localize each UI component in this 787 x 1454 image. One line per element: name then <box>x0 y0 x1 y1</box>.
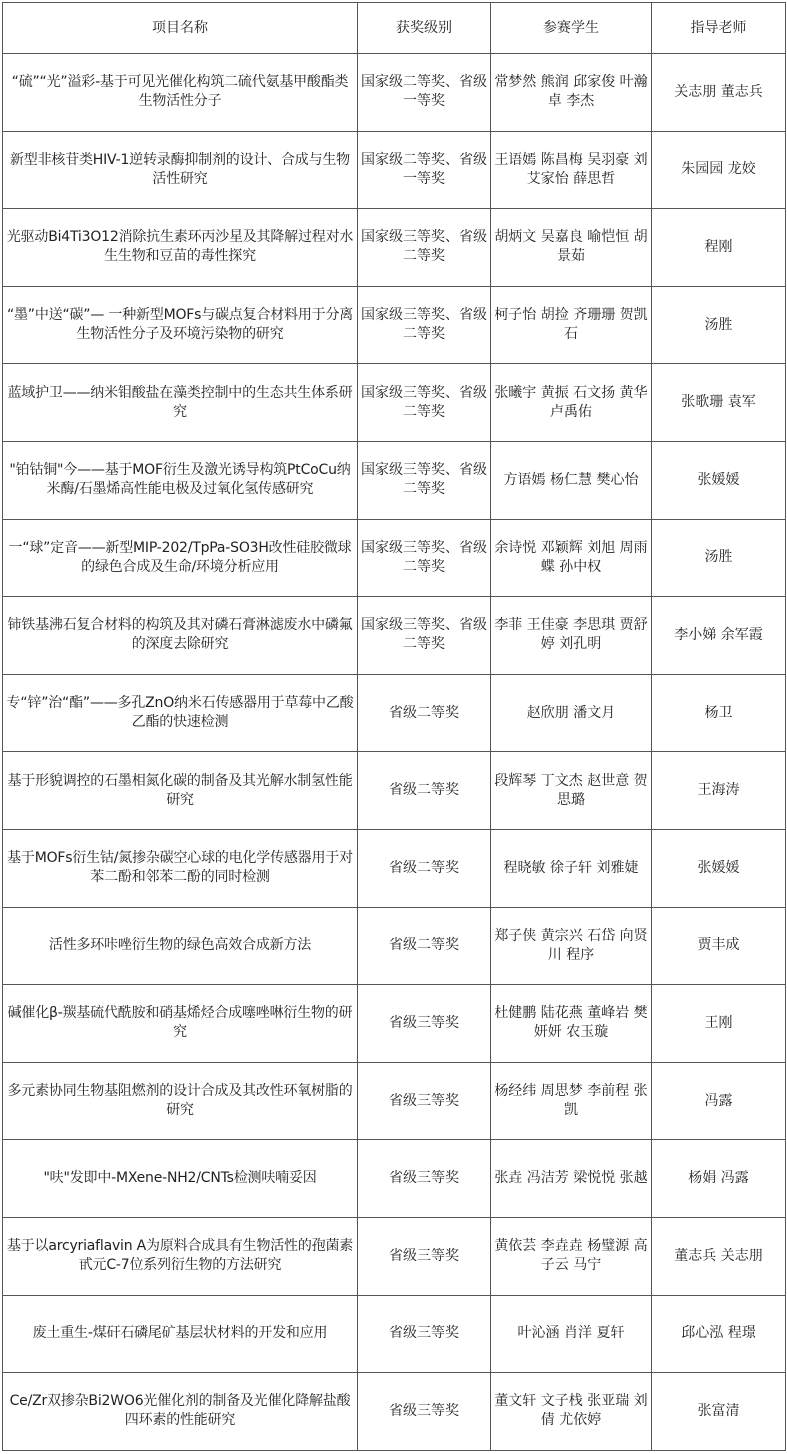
table-row: 基于形貌调控的石墨相氮化碳的制备及其光解水制氢性能研究 省级二等奖 段辉琴 丁文… <box>3 752 786 830</box>
award-level-cell: 省级三等奖 <box>358 1295 491 1373</box>
award-level-cell: 省级三等奖 <box>358 1140 491 1218</box>
project-name-cell: 新型非核苷类HIV-1逆转录酶抑制剂的设计、合成与生物活性研究 <box>3 131 358 209</box>
teachers-cell: 张富清 <box>652 1373 786 1451</box>
teachers-cell: 张歌珊 袁军 <box>652 364 786 442</box>
project-name-cell: 蓝域护卫——纳米钼酸盐在藻类控制中的生态共生体系研究 <box>3 364 358 442</box>
students-cell: 赵欣朋 潘文月 <box>491 674 652 752</box>
table-row: 蓝域护卫——纳米钼酸盐在藻类控制中的生态共生体系研究 国家级三等奖、省级二等奖 … <box>3 364 786 442</box>
table-row: "呋"发即中-MXene-NH2/CNTs检测呋喃妥因 省级三等奖 张垚 冯洁芳… <box>3 1140 786 1218</box>
students-cell: 叶沁涵 肖洋 夏轩 <box>491 1295 652 1373</box>
table-row: 光驱动Bi4Ti3O12消除抗生素环丙沙星及其降解过程对水生生物和豆苗的毒性探究… <box>3 209 786 287</box>
table-row: 一“球”定音——新型MIP-202/TpPa-SO3H改性硅胶微球的绿色合成及生… <box>3 519 786 597</box>
teachers-cell: 王海涛 <box>652 752 786 830</box>
project-name-cell: 基于MOFs衍生钴/氮掺杂碳空心球的电化学传感器用于对苯二酚和邻苯二酚的同时检测 <box>3 829 358 907</box>
students-cell: 王语嫣 陈昌梅 吴羽豪 刘艾家怡 薛思哲 <box>491 131 652 209</box>
project-name-cell: 活性多环咔唑衍生物的绿色高效合成新方法 <box>3 907 358 985</box>
table-row: 专“锌”治“酯”——多孔ZnO纳米石传感器用于草莓中乙酸乙酯的快速检测 省级二等… <box>3 674 786 752</box>
table-row: 活性多环咔唑衍生物的绿色高效合成新方法 省级二等奖 郑子侠 黄宗兴 石岱 向贤川… <box>3 907 786 985</box>
header-row: 项目名称 获奖级别 参赛学生 指导老师 <box>3 3 786 54</box>
students-cell: 杨经纬 周思梦 李前程 张凯 <box>491 1062 652 1140</box>
teachers-cell: 朱园园 龙姣 <box>652 131 786 209</box>
award-level-cell: 国家级二等奖、省级一等奖 <box>358 131 491 209</box>
award-level-cell: 国家级二等奖、省级一等奖 <box>358 54 491 132</box>
teachers-cell: 汤胜 <box>652 286 786 364</box>
table-row: 废土重生-煤矸石磷尾矿基层状材料的开发和应用 省级三等奖 叶沁涵 肖洋 夏轩 邱… <box>3 1295 786 1373</box>
students-cell: 黄依芸 李垚垚 杨璧源 高子云 马宁 <box>491 1217 652 1295</box>
teachers-cell: 杨娟 冯露 <box>652 1140 786 1218</box>
project-name-cell: 基于以arcyriaflavin A为原料合成具有生物活性的孢菌素甙元C-7位系… <box>3 1217 358 1295</box>
table-row: “硫”“光”溢彩-基于可见光催化构筑二硫代氨基甲酸酯类生物活性分子 国家级二等奖… <box>3 54 786 132</box>
award-level-cell: 省级三等奖 <box>358 1373 491 1451</box>
award-level-cell: 省级二等奖 <box>358 752 491 830</box>
award-level-cell: 省级三等奖 <box>358 985 491 1063</box>
teachers-cell: 董志兵 关志朋 <box>652 1217 786 1295</box>
project-name-cell: 多元素协同生物基阻燃剂的设计合成及其改性环氧树脂的研究 <box>3 1062 358 1140</box>
table-row: “墨”中送“碳”— 一种新型MOFs与碳点复合材料用于分离生物活性分子及环境污染… <box>3 286 786 364</box>
students-cell: 常梦然 熊润 邱家俊 叶瀚卓 李杰 <box>491 54 652 132</box>
students-cell: 余诗悦 邓颖辉 刘旭 周雨蝶 孙中权 <box>491 519 652 597</box>
header-teachers: 指导老师 <box>652 3 786 54</box>
award-level-cell: 国家级三等奖、省级二等奖 <box>358 441 491 519</box>
teachers-cell: 汤胜 <box>652 519 786 597</box>
students-cell: 胡炳文 吴嘉良 喻恺恒 胡景茹 <box>491 209 652 287</box>
award-level-cell: 省级三等奖 <box>358 1062 491 1140</box>
teachers-cell: 冯露 <box>652 1062 786 1140</box>
students-cell: 李菲 王佳豪 李思琪 贾舒婷 刘孔明 <box>491 597 652 675</box>
table-row: 碱催化β-羰基硫代酰胺和硝基烯烃合成噻唑啉衍生物的研究 省级三等奖 杜健鹏 陆花… <box>3 985 786 1063</box>
students-cell: 柯子怡 胡捡 齐珊珊 贺凯石 <box>491 286 652 364</box>
teachers-cell: 程刚 <box>652 209 786 287</box>
table-row: 铈铁基沸石复合材料的构筑及其对磷石膏淋滤废水中磷氟的深度去除研究 国家级三等奖、… <box>3 597 786 675</box>
project-name-cell: 铈铁基沸石复合材料的构筑及其对磷石膏淋滤废水中磷氟的深度去除研究 <box>3 597 358 675</box>
award-level-cell: 国家级三等奖、省级二等奖 <box>358 364 491 442</box>
awards-table: 项目名称 获奖级别 参赛学生 指导老师 “硫”“光”溢彩-基于可见光催化构筑二硫… <box>2 2 786 1451</box>
award-level-cell: 省级二等奖 <box>358 829 491 907</box>
students-cell: 程晓敏 徐子轩 刘雅婕 <box>491 829 652 907</box>
award-level-cell: 国家级三等奖、省级二等奖 <box>358 519 491 597</box>
header-students: 参赛学生 <box>491 3 652 54</box>
teachers-cell: 邱心泓 程璟 <box>652 1295 786 1373</box>
teachers-cell: 李小娣 余军霞 <box>652 597 786 675</box>
table-row: 多元素协同生物基阻燃剂的设计合成及其改性环氧树脂的研究 省级三等奖 杨经纬 周思… <box>3 1062 786 1140</box>
header-project-name: 项目名称 <box>3 3 358 54</box>
students-cell: 董文轩 文子栈 张亚瑞 刘倩 尤依婷 <box>491 1373 652 1451</box>
teachers-cell: 杨卫 <box>652 674 786 752</box>
students-cell: 郑子侠 黄宗兴 石岱 向贤川 程序 <box>491 907 652 985</box>
table-row: 新型非核苷类HIV-1逆转录酶抑制剂的设计、合成与生物活性研究 国家级二等奖、省… <box>3 131 786 209</box>
students-cell: 张垚 冯洁芳 梁悦悦 张越 <box>491 1140 652 1218</box>
award-level-cell: 省级二等奖 <box>358 674 491 752</box>
award-level-cell: 省级三等奖 <box>358 1217 491 1295</box>
table-row: 基于以arcyriaflavin A为原料合成具有生物活性的孢菌素甙元C-7位系… <box>3 1217 786 1295</box>
header-award-level: 获奖级别 <box>358 3 491 54</box>
project-name-cell: 废土重生-煤矸石磷尾矿基层状材料的开发和应用 <box>3 1295 358 1373</box>
project-name-cell: 一“球”定音——新型MIP-202/TpPa-SO3H改性硅胶微球的绿色合成及生… <box>3 519 358 597</box>
teachers-cell: 贾丰成 <box>652 907 786 985</box>
project-name-cell: 基于形貌调控的石墨相氮化碳的制备及其光解水制氢性能研究 <box>3 752 358 830</box>
project-name-cell: Ce/Zr双掺杂Bi2WO6光催化剂的制备及光催化降解盐酸四环素的性能研究 <box>3 1373 358 1451</box>
award-level-cell: 省级二等奖 <box>358 907 491 985</box>
project-name-cell: "铂钴铜"今——基于MOF衍生及激光诱导构筑PtCoCu纳米酶/石墨烯高性能电极… <box>3 441 358 519</box>
project-name-cell: “墨”中送“碳”— 一种新型MOFs与碳点复合材料用于分离生物活性分子及环境污染… <box>3 286 358 364</box>
students-cell: 张曦宇 黄振 石文扬 黄华 卢禹佑 <box>491 364 652 442</box>
table-row: 基于MOFs衍生钴/氮掺杂碳空心球的电化学传感器用于对苯二酚和邻苯二酚的同时检测… <box>3 829 786 907</box>
project-name-cell: 光驱动Bi4Ti3O12消除抗生素环丙沙星及其降解过程对水生生物和豆苗的毒性探究 <box>3 209 358 287</box>
teachers-cell: 张媛媛 <box>652 829 786 907</box>
project-name-cell: “硫”“光”溢彩-基于可见光催化构筑二硫代氨基甲酸酯类生物活性分子 <box>3 54 358 132</box>
project-name-cell: 碱催化β-羰基硫代酰胺和硝基烯烃合成噻唑啉衍生物的研究 <box>3 985 358 1063</box>
table-row: "铂钴铜"今——基于MOF衍生及激光诱导构筑PtCoCu纳米酶/石墨烯高性能电极… <box>3 441 786 519</box>
award-level-cell: 国家级三等奖、省级二等奖 <box>358 286 491 364</box>
award-level-cell: 国家级三等奖、省级二等奖 <box>358 209 491 287</box>
award-level-cell: 国家级三等奖、省级二等奖 <box>358 597 491 675</box>
project-name-cell: "呋"发即中-MXene-NH2/CNTs检测呋喃妥因 <box>3 1140 358 1218</box>
students-cell: 方语嫣 杨仁慧 樊心怡 <box>491 441 652 519</box>
table-row: Ce/Zr双掺杂Bi2WO6光催化剂的制备及光催化降解盐酸四环素的性能研究 省级… <box>3 1373 786 1451</box>
teachers-cell: 王刚 <box>652 985 786 1063</box>
teachers-cell: 关志朋 董志兵 <box>652 54 786 132</box>
project-name-cell: 专“锌”治“酯”——多孔ZnO纳米石传感器用于草莓中乙酸乙酯的快速检测 <box>3 674 358 752</box>
students-cell: 杜健鹏 陆花燕 董峰岩 樊妍妍 农玉璇 <box>491 985 652 1063</box>
teachers-cell: 张媛媛 <box>652 441 786 519</box>
students-cell: 段辉琴 丁文杰 赵世意 贺思璐 <box>491 752 652 830</box>
